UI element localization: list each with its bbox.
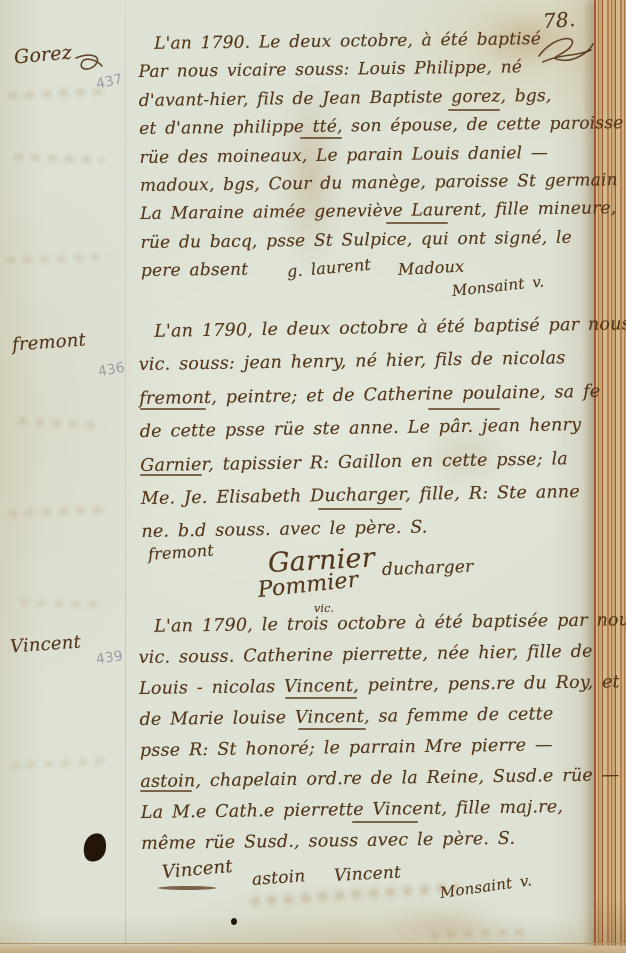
ink-stain <box>380 905 510 945</box>
bleedthrough-text <box>14 153 104 163</box>
margin-note-surname: Vincent <box>9 632 81 658</box>
underline-stroke <box>352 821 418 823</box>
underline-stroke <box>158 886 216 890</box>
underline-stroke <box>285 697 357 699</box>
paraph-flourish <box>535 32 597 68</box>
entry-line: même rüe Susd., souss avec le père. S. <box>141 822 611 860</box>
entry-line: rüe du bacq, psse St Sulpice, qui ont si… <box>140 223 610 257</box>
underline-stroke <box>448 109 500 111</box>
bleedthrough-text <box>6 253 110 264</box>
bleedthrough-text <box>10 758 105 770</box>
bleedthrough-text <box>8 506 108 516</box>
page-bottom-edge <box>0 943 626 953</box>
signature-astoin: astoin <box>251 866 306 890</box>
underline-stroke <box>386 222 448 224</box>
underline-stroke <box>140 408 206 410</box>
signature-vincent-godmother: Vincent <box>333 862 401 885</box>
underline-stroke <box>300 137 342 139</box>
bleedthrough-text <box>8 87 108 99</box>
bleedthrough-text <box>18 418 104 429</box>
gorez-paraph-flourish <box>72 50 108 76</box>
ink-blot <box>231 918 237 925</box>
underline-stroke <box>428 408 500 410</box>
underline-stroke <box>140 790 192 792</box>
signature-vicar-monsaint: Monsaint v. <box>439 871 533 902</box>
margin-note-surname: Gorez <box>13 42 73 69</box>
signature-ducharger: ducharger <box>382 557 474 580</box>
margin-note-surname: fremont <box>11 329 86 355</box>
underline-stroke <box>318 508 402 510</box>
margin-rule-line <box>125 0 126 953</box>
ink-blot <box>81 831 109 864</box>
signature-vincent-father: Vincent <box>161 856 234 883</box>
underline-stroke <box>140 474 202 476</box>
margin-note-act-number: 436 <box>97 360 126 380</box>
entry-line: La M.e Cath.e pierrette Vincent, fille m… <box>141 791 611 829</box>
signature-fremont: fremont <box>147 540 214 564</box>
bleedthrough-text <box>20 599 100 609</box>
signature-madoux: Madoux <box>398 257 465 279</box>
margin-note-act-number: 439 <box>95 648 124 668</box>
baptism-entry-fremont: L'an 1790, le deux octobre à été baptisé… <box>138 309 612 550</box>
register-page: 78. Gorez 437 fremont 436 Vincent 439 L'… <box>0 0 626 953</box>
underline-stroke <box>298 728 366 730</box>
